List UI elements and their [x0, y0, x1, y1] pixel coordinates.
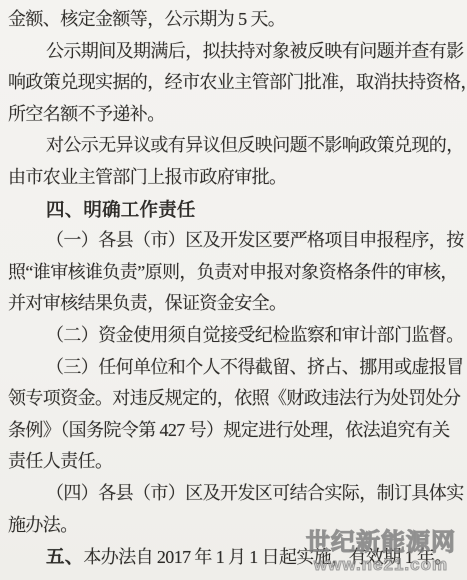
text-line: （四）各县（市）区及开发区可结合实际，制订具体实: [8, 478, 461, 510]
text-line: 并对审核结果负责，保证资金安全。: [8, 288, 461, 320]
text-line: 施办法。: [8, 510, 461, 542]
text-line: 金额、核定金额等，公示期为 5 天。: [8, 4, 461, 36]
document-page: 金额、核定金额等，公示期为 5 天。 公示期间及期满后，拟扶持对象被反映有问题并…: [0, 0, 467, 573]
text-line: 所空名额不予递补。: [8, 99, 461, 131]
text-line: 照“谁审核谁负责”原则，负责对申报对象资格条件的审核，: [8, 257, 461, 289]
text-line: 责任人责任。: [8, 446, 461, 478]
section-heading-5-line: 五、本办法自 2017 年 1 月 1 日起实施，有效期 1 年。: [8, 541, 461, 573]
text-line: （三）任何单位和个人不得截留、挤占、挪用或虚报冒: [8, 352, 461, 384]
section-number: 五、: [46, 546, 83, 567]
text-line: 条例》（国务院令第 427 号）规定进行处理，依法追究有关: [8, 415, 461, 447]
text-line: 公示期间及期满后，拟扶持对象被反映有问题并查有影: [8, 36, 461, 68]
text-line: 由市农业主管部门上报市政府审批。: [8, 162, 461, 194]
section-text: 本办法自 2017 年 1 月 1 日起实施，有效期 1 年。: [83, 547, 451, 567]
text-line: 对公示无异议或有异议但反映问题不影响政策兑现的，: [8, 130, 461, 162]
text-line: 响政策兑现实据的，经市农业主管部门批准，取消扶持资格，: [8, 67, 461, 99]
text-line: （一）各县（市）区及开发区要严格项目申报程序，按: [8, 225, 461, 257]
section-heading-4: 四、明确工作责任: [8, 194, 461, 226]
text-line: （二）资金使用须自觉接受纪检监察和审计部门监督。: [8, 320, 461, 352]
text-line: 领专项资金。对违反规定的，依照《财政违法行为处罚处分: [8, 383, 461, 415]
